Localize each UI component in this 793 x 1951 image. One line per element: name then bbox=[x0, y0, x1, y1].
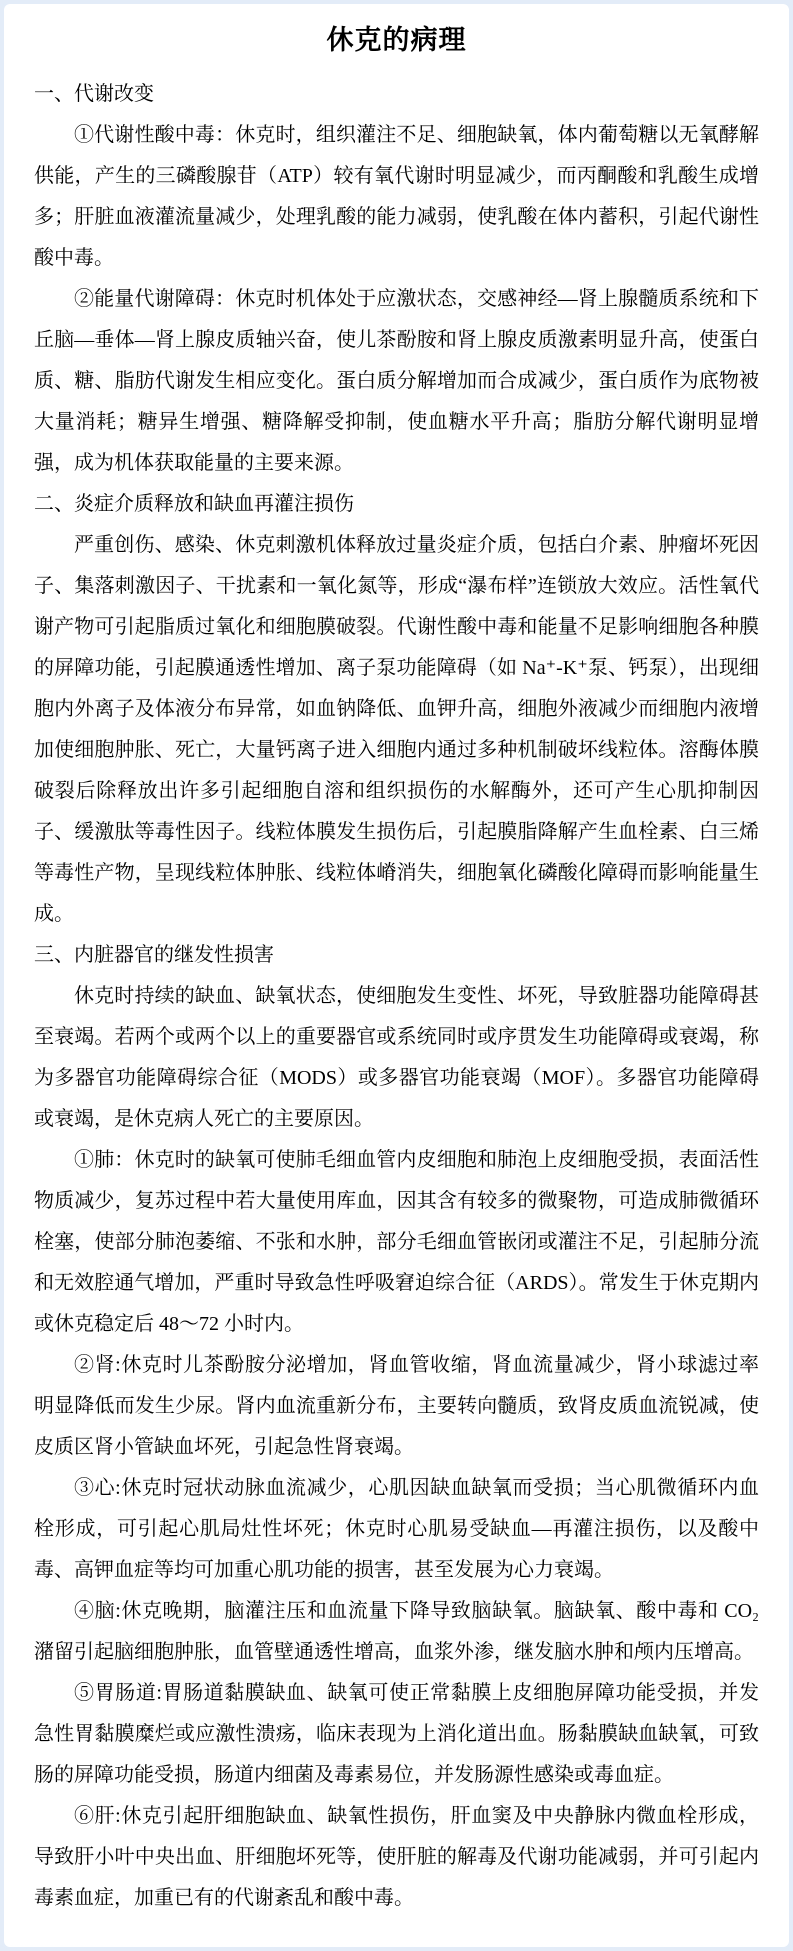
paragraph: ①代谢性酸中毒：休克时，组织灌注不足、细胞缺氧，体内葡萄糖以无氧酵解供能，产生的… bbox=[34, 115, 759, 279]
paragraph-kidney: ②肾:休克时儿茶酚胺分泌增加，肾血管收缩，肾血流量减少，肾小球滤过率明显降低而发… bbox=[34, 1345, 759, 1468]
paragraph-liver: ⑥肝:休克引起肝细胞缺血、缺氧性损伤，肝血窦及中央静脉内微血栓形成，导致肝小叶中… bbox=[34, 1796, 759, 1919]
paragraph: ②能量代谢障碍：休克时机体处于应激状态，交感神经—肾上腺髓质系统和下丘脑—垂体—… bbox=[34, 279, 759, 484]
section-heading-metabolic-changes: 一、代谢改变 bbox=[34, 74, 759, 115]
page-title: 休克的病理 bbox=[34, 18, 759, 62]
paragraph-lung: ①肺：休克时的缺氧可使肺毛细血管内皮细胞和肺泡上皮细胞受损，表面活性物质减少，复… bbox=[34, 1140, 759, 1345]
paragraph-heart: ③心:休克时冠状动脉血流减少，心肌因缺血缺氧而受损；当心肌微循环内血栓形成，可引… bbox=[34, 1468, 759, 1591]
document-page: 休克的病理 一、代谢改变 ①代谢性酸中毒：休克时，组织灌注不足、细胞缺氧，体内葡… bbox=[4, 4, 789, 1947]
section-heading-inflammatory-mediators: 二、炎症介质释放和缺血再灌注损伤 bbox=[34, 484, 759, 525]
paragraph: 休克时持续的缺血、缺氧状态，使细胞发生变性、坏死，导致脏器功能障碍甚至衰竭。若两… bbox=[34, 976, 759, 1140]
paragraph: 严重创伤、感染、休克刺激机体释放过量炎症介质，包括白介素、肿瘤坏死因子、集落刺激… bbox=[34, 525, 759, 935]
paragraph-gastrointestinal: ⑤胃肠道:胃肠道黏膜缺血、缺氧可使正常黏膜上皮细胞屏障功能受损，并发急性胃黏膜糜… bbox=[34, 1673, 759, 1796]
paragraph-brain: ④脑:休克晚期，脑灌注压和血流量下降导致脑缺氧。脑缺氧、酸中毒和 CO₂潴留引起… bbox=[34, 1591, 759, 1673]
section-heading-secondary-organ-damage: 三、内脏器官的继发性损害 bbox=[34, 935, 759, 976]
